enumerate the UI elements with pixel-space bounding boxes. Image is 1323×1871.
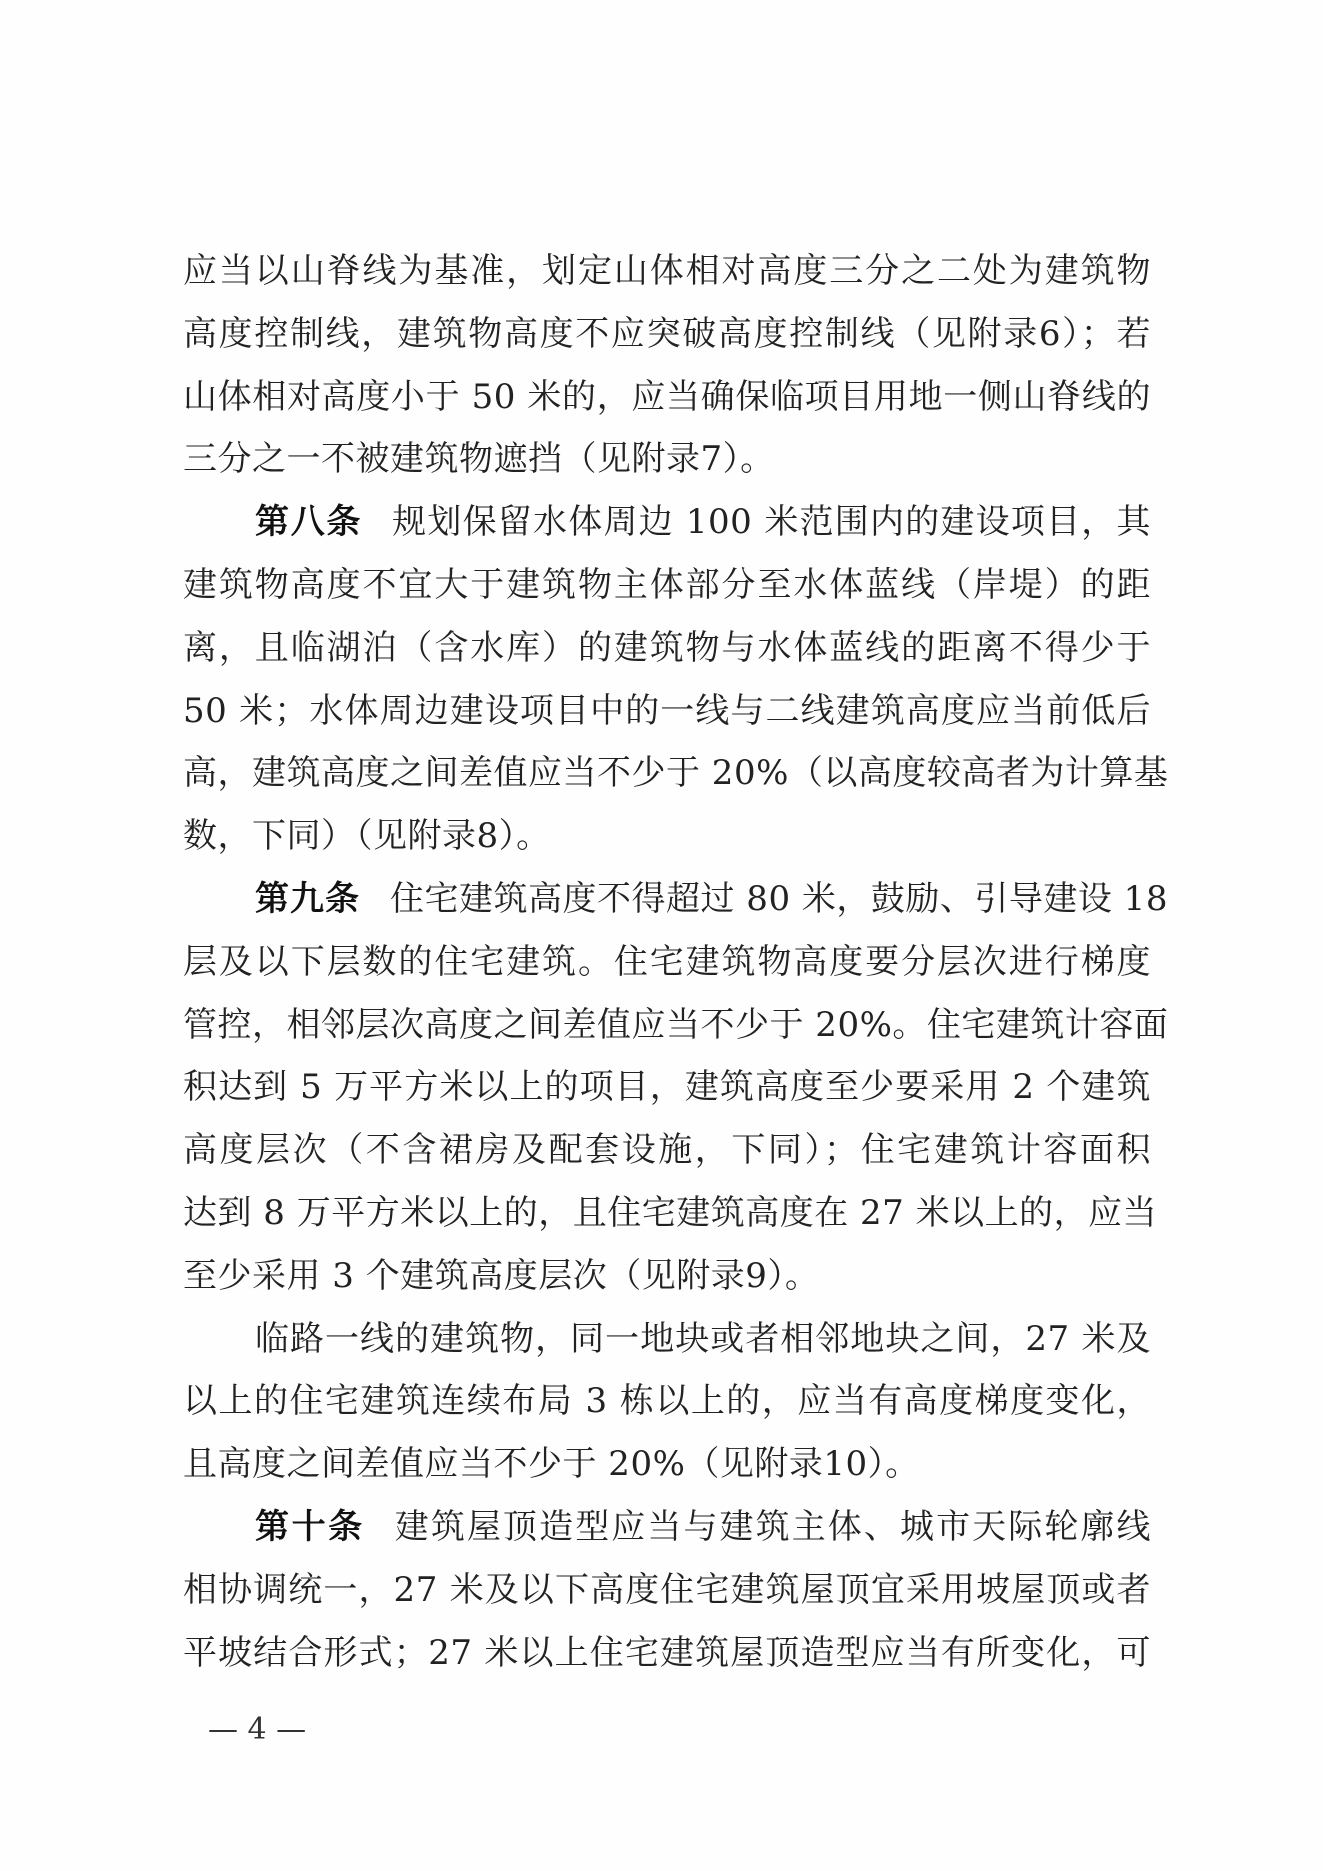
document-page: 应当以山脊线为基准，划定山体相对高度三分之二处为建筑物 高度控制线，建筑物高度不… bbox=[0, 0, 1323, 1871]
body-text: 应当以山脊线为基准，划定山体相对高度三分之二处为建筑物 高度控制线，建筑物高度不… bbox=[183, 240, 1151, 1684]
text-line: 相协调统一，27 米及以下高度住宅建筑屋顶宜采用坡屋顶或者 bbox=[183, 1559, 1151, 1622]
text-line: 临路一线的建筑物，同一地块或者相邻地块之间，27 米及 bbox=[183, 1308, 1151, 1371]
text-line: 高度控制线，建筑物高度不应突破高度控制线（见附录6）；若 bbox=[183, 303, 1151, 366]
text-line: 管控，相邻层次高度之间差值应当不少于 20%。住宅建筑计容面 bbox=[183, 994, 1151, 1057]
text-line: 积达到 5 万平方米以上的项目，建筑高度至少要采用 2 个建筑 bbox=[183, 1056, 1151, 1119]
article-8-first-line: 第八条规划保留水体周边 100 米范围内的建设项目，其 bbox=[183, 491, 1151, 554]
text-line: 50 米；水体周边建设项目中的一线与二线建筑高度应当前低后 bbox=[183, 680, 1151, 743]
text-line: 至少采用 3 个建筑高度层次（见附录9）。 bbox=[183, 1245, 1151, 1308]
text-line: 三分之一不被建筑物遮挡（见附录7）。 bbox=[183, 428, 1151, 491]
article-10-first-line: 第十条建筑屋顶造型应当与建筑主体、城市天际轮廓线 bbox=[183, 1496, 1151, 1559]
article-9-first-line: 第九条住宅建筑高度不得超过 80 米，鼓励、引导建设 18 bbox=[183, 868, 1151, 931]
text-line: 建筑物高度不宜大于建筑物主体部分至水体蓝线（岸堤）的距 bbox=[183, 554, 1151, 617]
text-segment: 住宅建筑高度不得超过 80 米，鼓励、引导建设 18 bbox=[390, 879, 1168, 919]
text-line: 应当以山脊线为基准，划定山体相对高度三分之二处为建筑物 bbox=[183, 240, 1151, 303]
text-line: 高度层次（不含裙房及配套设施，下同）；住宅建筑计容面积 bbox=[183, 1119, 1151, 1182]
text-segment: 规划保留水体周边 100 米范围内的建设项目，其 bbox=[392, 502, 1151, 542]
text-line: 且高度之间差值应当不少于 20%（见附录10）。 bbox=[183, 1433, 1151, 1496]
text-line: 层及以下层数的住宅建筑。住宅建筑物高度要分层次进行梯度 bbox=[183, 931, 1151, 994]
text-line: 数，下同）（见附录8）。 bbox=[183, 805, 1151, 868]
text-line: 以上的住宅建筑连续布局 3 栋以上的，应当有高度梯度变化， bbox=[183, 1370, 1151, 1433]
text-line: 达到 8 万平方米以上的，且住宅建筑高度在 27 米以上的，应当 bbox=[183, 1182, 1151, 1245]
article-heading-8: 第八条 bbox=[255, 502, 362, 542]
page-number: — 4 — bbox=[208, 1710, 306, 1750]
article-heading-9: 第九条 bbox=[255, 879, 360, 919]
text-line: 山体相对高度小于 50 米的，应当确保临项目用地一侧山脊线的 bbox=[183, 366, 1151, 429]
text-line: 高，建筑高度之间差值应当不少于 20%（以高度较高者为计算基 bbox=[183, 742, 1151, 805]
article-heading-10: 第十条 bbox=[255, 1507, 365, 1547]
text-segment: 建筑屋顶造型应当与建筑主体、城市天际轮廓线 bbox=[395, 1507, 1151, 1547]
text-line: 平坡结合形式；27 米以上住宅建筑屋顶造型应当有所变化，可 bbox=[183, 1622, 1151, 1685]
text-line: 离，且临湖泊（含水库）的建筑物与水体蓝线的距离不得少于 bbox=[183, 617, 1151, 680]
